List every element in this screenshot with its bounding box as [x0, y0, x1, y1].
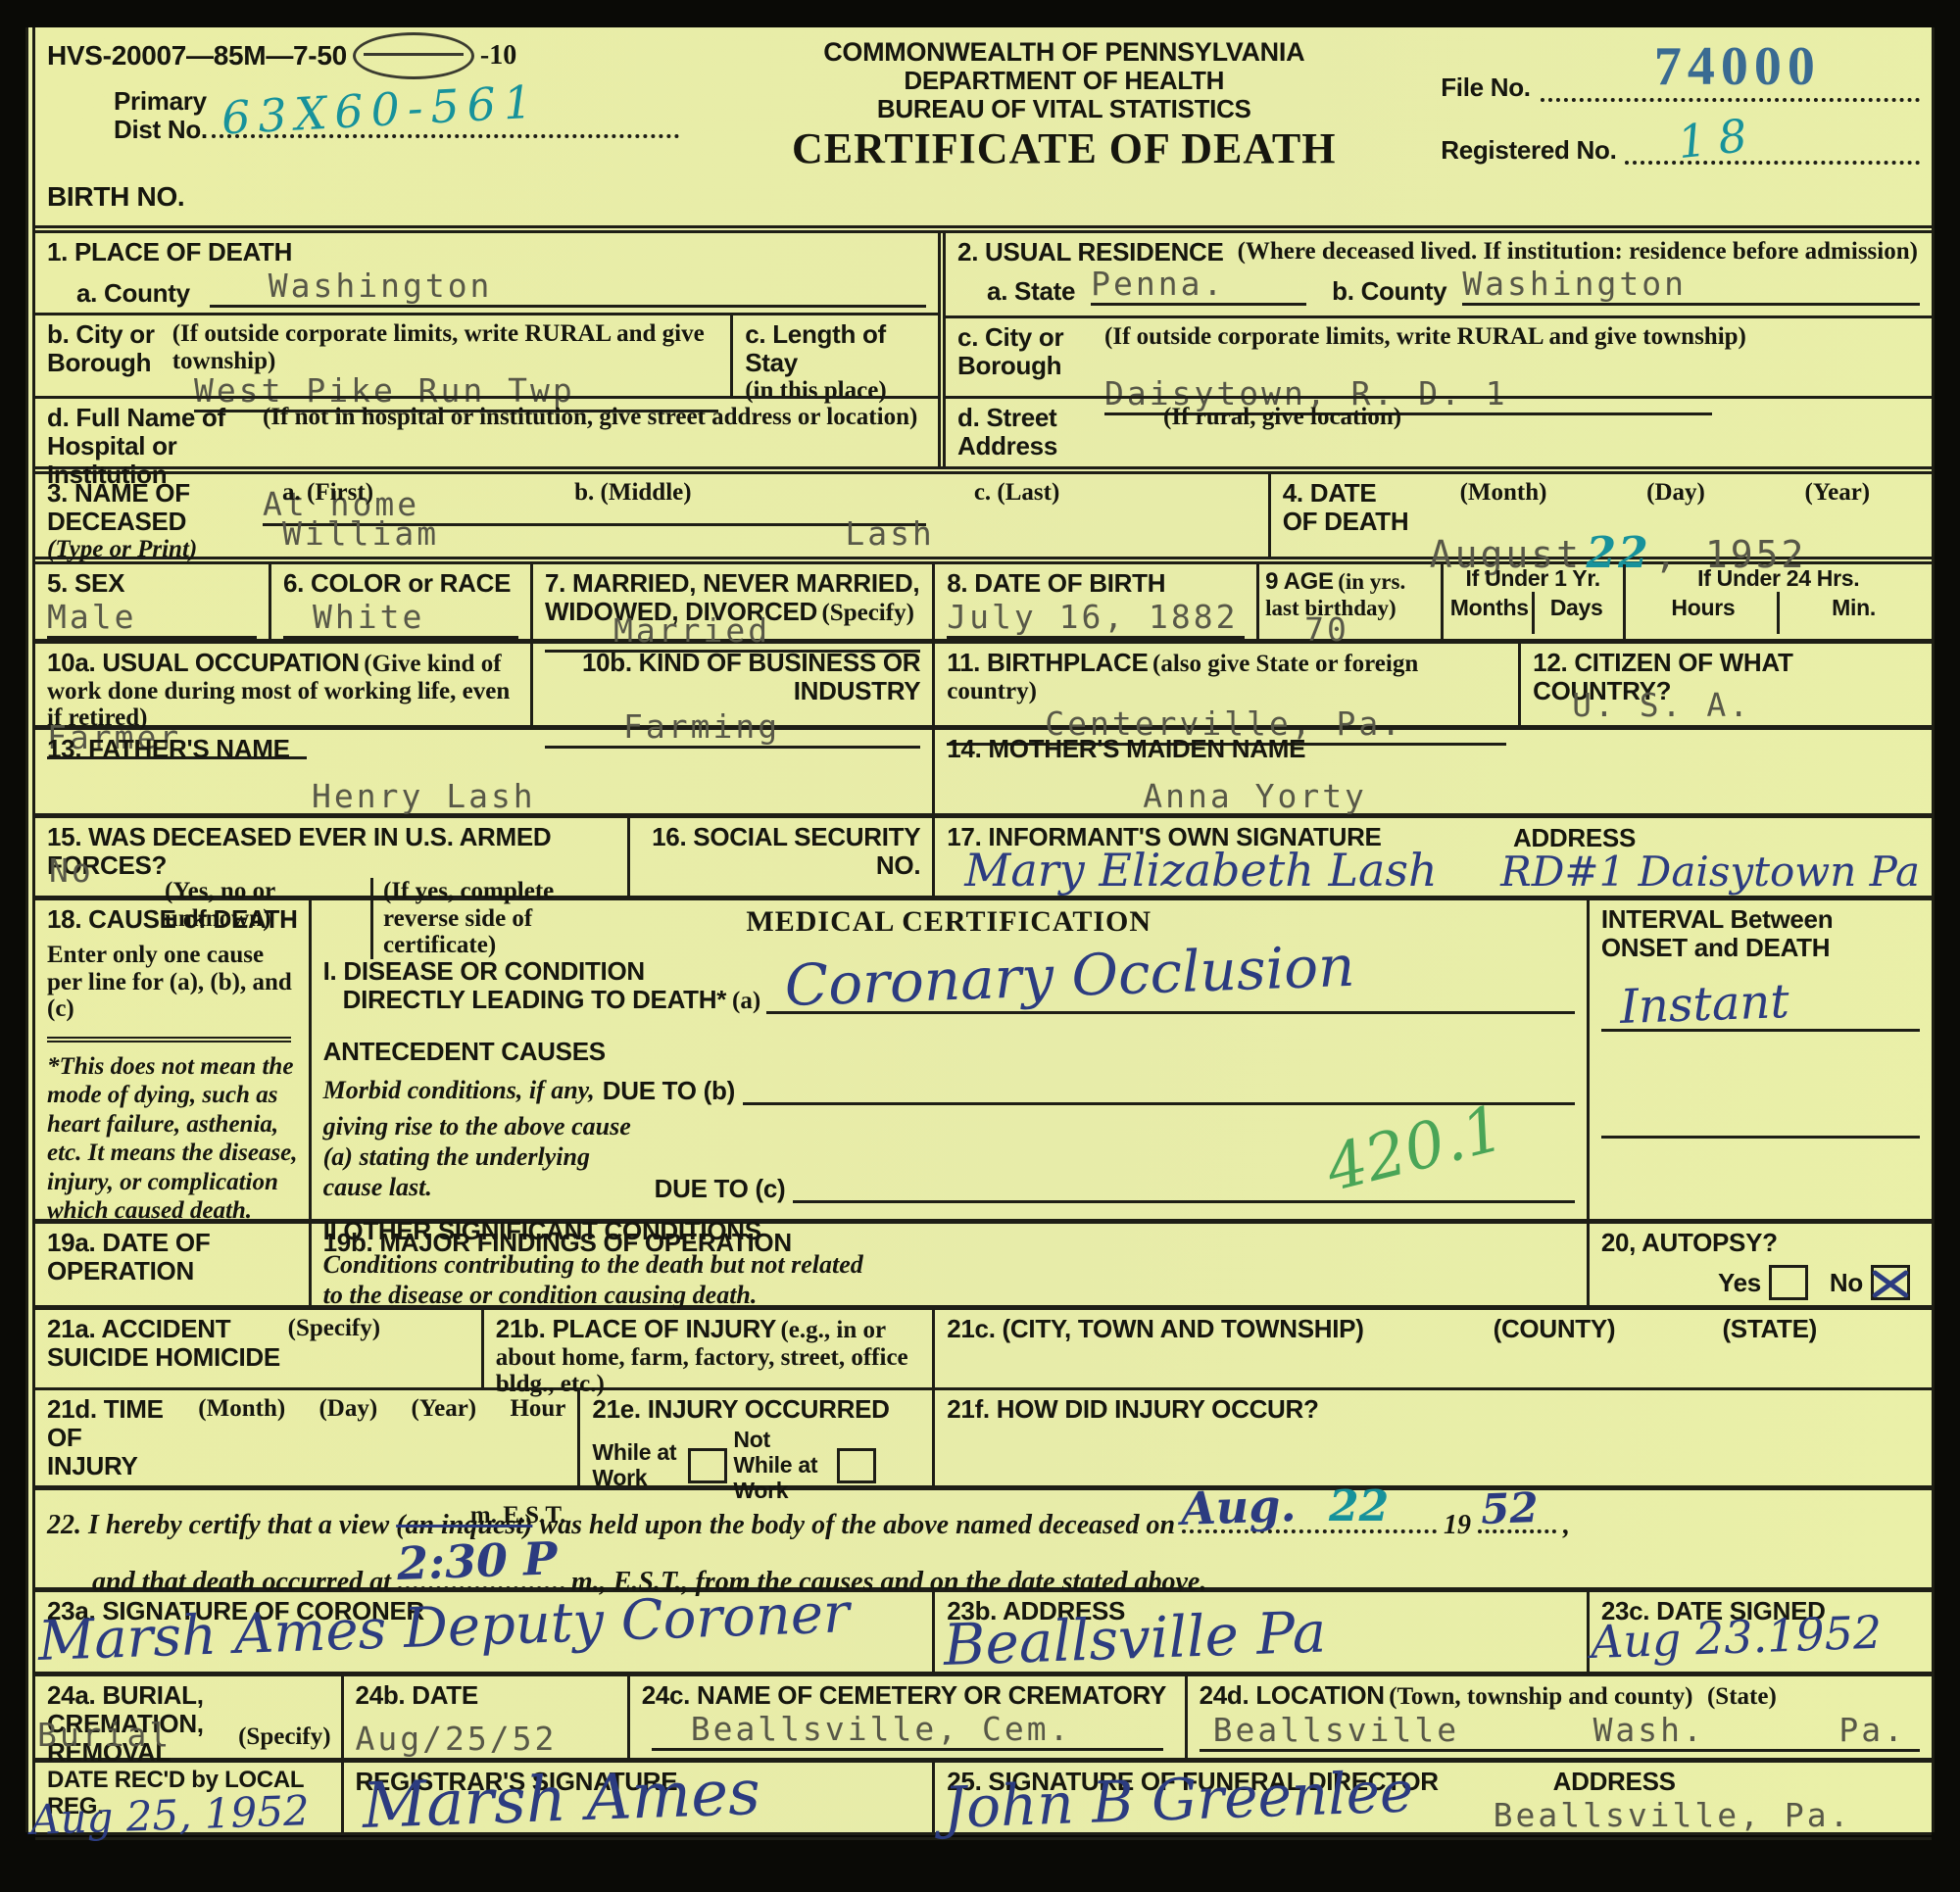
armed-forces-informant-row: 15. WAS DECEASED EVER IN U.S. ARMED FORC… [35, 813, 1932, 896]
s8-label: 8. DATE OF BIRTH [947, 569, 1245, 598]
s21d-year-label: (Year) [412, 1395, 477, 1480]
birth-no-row: BIRTH NO. [35, 176, 1932, 225]
s9-days-label: Days [1532, 592, 1619, 634]
s9-label: 9 AGE [1265, 568, 1334, 595]
med-cert-title: MEDICAL CERTIFICATION [323, 905, 1575, 939]
s2-street-note: (If rural, give location) [1104, 404, 1401, 461]
s2-county-value: Washington [1462, 265, 1687, 303]
section-25-funeral-director: 25. SIGNATURE OF FUNERAL DIRECTOR ADDRES… [932, 1763, 1932, 1832]
s15-label: 15. WAS DECEASED EVER IN U.S. ARMED FORC… [47, 822, 551, 880]
section-23b-coroner-address: 23b. ADDRESS Beallsville Pa [932, 1592, 1587, 1672]
certificate-title: CERTIFICATE OF DEATH [710, 123, 1417, 173]
dist-no-label: Dist No. [114, 116, 208, 144]
section-1-place-of-death: 1. PLACE OF DEATH a. County Washington b… [35, 233, 938, 466]
cause-of-death-handwritten: Coronary Occlusion [784, 933, 1356, 1019]
s21b-label: 21b. PLACE OF INJURY [496, 1314, 776, 1343]
s13-label: 13. FATHER'S NAME [47, 735, 920, 763]
s22-year-prefix: 19 [1444, 1510, 1471, 1540]
department-line: DEPARTMENT OF HEALTH [710, 67, 1417, 95]
s9-under24-label: If Under 24 Hrs. [1630, 566, 1928, 592]
s9-under-24hrs: If Under 24 Hrs. Hours Min. [1623, 564, 1932, 639]
section-21e-injury-occurred: 21e. INJURY OCCURRED While at Work Not W… [577, 1390, 932, 1485]
cause-code-green-handwritten: 420.1 [1319, 1092, 1511, 1206]
section-11-birthplace: 11. BIRTHPLACE (also give State or forei… [932, 644, 1518, 725]
s6-label: 6. COLOR or RACE [283, 569, 518, 598]
s18-interval-line1: INTERVAL Between [1601, 905, 1920, 934]
s2-street-label: d. Street Address [957, 404, 1104, 461]
interval-value-handwritten: Instant [1619, 974, 1789, 1035]
section-12-citizen: 12. CITIZEN OF WHAT COUNTRY? U. S. A. [1518, 644, 1932, 725]
header-center: COMMONWEALTH OF PENNSYLVANIA DEPARTMENT … [699, 27, 1429, 176]
s4-year-label: (Year) [1805, 479, 1871, 536]
s24d-town-value: Beallsville [1213, 1711, 1460, 1749]
s11-label: 11. BIRTHPLACE [947, 648, 1148, 677]
s4-title: 4. DATE OF DEATH [1283, 479, 1410, 536]
burial-row: 24a. BURIAL, CREMATION, REMOVAL (Specify… [35, 1672, 1932, 1758]
s8-value: July 16, 1882 [947, 598, 1238, 636]
section-21a-accident: 21a. ACCIDENT SUICIDE HOMICIDE (Specify) [35, 1310, 481, 1387]
s19b-label: 19b. MAJOR FINDINGS OF OPERATION [323, 1229, 1575, 1257]
s24d-label: 24d. LOCATION [1200, 1680, 1385, 1710]
s1-stay-label: c. Length of Stay [745, 319, 886, 377]
s18-rule1: Enter only one cause per line for (a), (… [47, 942, 301, 1023]
s7-note: (Specify) [821, 600, 913, 626]
s24a-value: Burial [37, 1716, 171, 1754]
s24c-value: Beallsville, Cem. [652, 1710, 1072, 1748]
birth-no-label: BIRTH NO. [47, 181, 184, 212]
s2-state-label: a. State [957, 277, 1075, 306]
interval-column: INTERVAL Between ONSET and DEATH Instant [1587, 900, 1932, 1219]
s9-under-1yr: If Under 1 Yr. Months Days [1441, 564, 1623, 639]
s15-value: No [49, 851, 94, 890]
primary-dist-number-handwritten: 63X60-561 [220, 75, 542, 145]
s9-min-label: Min. [1777, 592, 1928, 634]
s24b-label: 24b. DATE [356, 1681, 615, 1710]
s2-city-label: c. City or Borough [957, 323, 1104, 380]
coroner-row: 23a. SIGNATURE OF CORONER Marsh Ames Dep… [35, 1587, 1932, 1672]
section-4-date-of-death: 4. DATE OF DEATH (Month) (Day) (Year) Au… [1268, 474, 1932, 557]
section-15-armed-forces: 15. WAS DECEASED EVER IN U.S. ARMED FORC… [35, 818, 627, 896]
section-21c-city-county-state: 21c. (CITY, TOWN AND TOWNSHIP) (COUNTY) … [932, 1310, 1932, 1387]
s24d-note: (Town, township and county) [1389, 1683, 1692, 1710]
s20-label: 20, AUTOPSY? [1601, 1229, 1920, 1257]
s2-city-note: (If outside corporate limits, write RURA… [1104, 323, 1746, 380]
registrar-signature: Marsh Ames [361, 1757, 761, 1843]
section-21d-time-of-injury: 21d. TIME OF INJURY (Month) (Day) (Year)… [35, 1390, 577, 1485]
s1-county-label: a. County [47, 279, 190, 308]
s24d-state-note: (State) [1707, 1683, 1777, 1710]
s21c-state-label: (STATE) [1722, 1315, 1817, 1343]
registered-no-label: Registered No. [1441, 136, 1616, 165]
header-right: File No. 74000 Registered No. 18 [1429, 27, 1932, 176]
stamp-suffix: -10 [480, 41, 516, 72]
s22-time-handwritten: 2:30 P [396, 1531, 558, 1590]
s21e-label: 21e. INJURY OCCURRED [592, 1395, 920, 1424]
section-18-cause-sidebar: 18. CAUSE of DEATH Enter only one cause … [35, 900, 309, 1219]
operation-autopsy-row: 19a. DATE OF OPERATION 19b. MAJOR FINDIN… [35, 1219, 1932, 1305]
s2-state-county-cell: 2. USUAL RESIDENCE (Where deceased lived… [946, 233, 1932, 315]
s3-last-label: c. (Last) [935, 479, 1059, 506]
s2-state-value: Penna. [1091, 265, 1225, 303]
coroner-address-handwritten: Beallsville Pa [943, 1598, 1328, 1678]
injury-row-2: 21d. TIME OF INJURY (Month) (Day) (Year)… [35, 1387, 1932, 1485]
s24c-label: 24c. NAME OF CEMETERY OR CREMATORY [642, 1681, 1173, 1710]
s21f-label: 21f. HOW DID INJURY OCCUR? [947, 1395, 1920, 1424]
s18-antecedent-label: ANTECEDENT CAUSES [323, 1038, 1575, 1066]
occupation-birthplace-row: 10a. USUAL OCCUPATION (Give kind of work… [35, 639, 1932, 725]
s1-stay-cell: c. Length of Stay (in this place) [730, 315, 938, 396]
funeral-director-address: Beallsville, Pa. [1494, 1796, 1852, 1834]
s18-disease-line2: DIRECTLY LEADING TO DEATH* [323, 986, 726, 1014]
s10a-label: 10a. USUAL OCCUPATION [47, 648, 360, 677]
informant-signature: Mary Elizabeth Lash [964, 844, 1437, 897]
sex-race-age-row: 5. SEX Male 6. COLOR or RACE White 7. MA… [35, 557, 1932, 639]
file-number-stamp: 74000 [1654, 35, 1821, 98]
s5-value: Male [47, 598, 136, 636]
form-number: HVS-20007—85M—7-50 [47, 40, 347, 71]
s3-subtitle: (Type or Print) [47, 536, 282, 563]
s21d-label: 21d. TIME OF INJURY [47, 1395, 165, 1480]
registrar-row: DATE REC'D by LOCAL REG. Aug 25, 1952 RE… [35, 1758, 1932, 1840]
s21e-while-label: While at Work [592, 1440, 682, 1491]
s19a-label: 19a. DATE OF OPERATION [47, 1229, 297, 1286]
s22-text1: 22. I hereby certify that a view [47, 1510, 389, 1540]
s18-due-b-label: DUE TO (b) [603, 1077, 735, 1105]
autopsy-yes-checkbox [1769, 1265, 1808, 1300]
s21a-note: (Specify) [288, 1315, 380, 1341]
s18-rule2: *This does not mean the mode of dying, s… [47, 1052, 301, 1226]
injury-while-at-work-checkbox [688, 1448, 727, 1483]
section-8-date-of-birth: 8. DATE OF BIRTH July 16, 1882 [932, 564, 1256, 639]
s25-address-label: ADDRESS [1553, 1768, 1676, 1796]
s21d-hour-label: Hour [510, 1395, 565, 1480]
s3-first-label: a. (First) [282, 479, 373, 506]
section-7-marital: 7. MARRIED, NEVER MARRIED, WIDOWED, DIVO… [530, 564, 932, 639]
s5-label: 5. SEX [47, 569, 257, 598]
s18-morbid2: giving rise to the above cause (a) stati… [323, 1111, 647, 1203]
parents-row: 13. FATHER'S NAME Henry Lash 14. MOTHER'… [35, 725, 1932, 813]
s22-view-date-year-handwritten: 52 [1480, 1483, 1539, 1533]
s3-middle-label: b. (Middle) [574, 479, 691, 506]
section-19a-date-of-operation: 19a. DATE OF OPERATION [35, 1224, 309, 1305]
s24b-value: Aug/25/52 [356, 1720, 615, 1758]
s1-city-label: b. City or Borough [47, 320, 172, 377]
injury-not-while-at-work-checkbox [837, 1448, 876, 1483]
s1-title: 1. PLACE OF DEATH [47, 237, 292, 267]
s20-yes-label: Yes [1718, 1269, 1761, 1297]
commonwealth-line: COMMONWEALTH OF PENNSYLVANIA [710, 37, 1417, 67]
file-no-label: File No. [1441, 73, 1531, 102]
s18-due-c-label: DUE TO (c) [655, 1175, 786, 1203]
section-2-usual-residence: 2. USUAL RESIDENCE (Where deceased lived… [938, 233, 1932, 466]
section-24a-burial: 24a. BURIAL, CREMATION, REMOVAL (Specify… [35, 1676, 341, 1758]
primary-label: Primary [114, 87, 208, 116]
s9-months-label: Months [1447, 592, 1532, 634]
section-23a-coroner-signature: 23a. SIGNATURE OF CORONER Marsh Ames Dep… [35, 1592, 932, 1672]
scanned-death-certificate: HVS-20007—85M—7-50 -10 Primary Dist No. … [0, 0, 1960, 1892]
date-received-cell: DATE REC'D by LOCAL REG. Aug 25, 1952 [35, 1763, 341, 1832]
section-6-color-race: 6. COLOR or RACE White [269, 564, 530, 639]
section-24b-date: 24b. DATE Aug/25/52 [341, 1676, 627, 1758]
s21c-county-label: (COUNTY) [1494, 1315, 1616, 1343]
s13-value: Henry Lash [86, 777, 536, 815]
s21a-label: 21a. ACCIDENT SUICIDE HOMICIDE [47, 1315, 283, 1372]
s3-last-value: Lash [574, 514, 935, 553]
s18-morbid1: Morbid conditions, if any, [323, 1076, 595, 1105]
s2-city-cell: c. City or Borough (If outside corporate… [946, 315, 1932, 396]
s2-title: 2. USUAL RESIDENCE [957, 238, 1224, 267]
section-24c-cemetery: 24c. NAME OF CEMETERY OR CREMATORY Beall… [627, 1676, 1185, 1758]
s18-a-tag: (a) [732, 988, 760, 1015]
section-17-informant: 17. INFORMANT'S OWN SIGNATURE ADDRESS Ma… [932, 818, 1932, 896]
section-24d-location: 24d. LOCATION (Town, township and county… [1185, 1676, 1932, 1758]
s6-value: White [283, 598, 424, 636]
bureau-line: BUREAU OF VITAL STATISTICS [710, 95, 1417, 123]
s9-hours-label: Hours [1630, 592, 1778, 634]
section-19b-findings: 19b. MAJOR FINDINGS OF OPERATION [309, 1224, 1587, 1305]
s3-title: 3. NAME OF DECEASED [47, 479, 282, 536]
s18-interval-line2: ONSET and DEATH [1601, 934, 1920, 962]
place-residence-row: 1. PLACE OF DEATH a. County Washington b… [35, 225, 1932, 466]
certificate-paper: HVS-20007—85M—7-50 -10 Primary Dist No. … [25, 27, 1935, 1832]
s21c-label: 21c. (CITY, TOWN AND TOWNSHIP) [947, 1314, 1363, 1343]
s2-note: (Where deceased lived. If institution: r… [1238, 238, 1920, 267]
header-row: HVS-20007—85M—7-50 -10 Primary Dist No. … [35, 27, 1932, 176]
s24a-note: (Specify) [238, 1723, 330, 1751]
s1-city-stay-cells: b. City or Borough (If outside corporate… [35, 313, 938, 396]
section-5-sex: 5. SEX Male [35, 564, 269, 639]
section-23c-date-signed: 23c. DATE SIGNED Aug 23.1952 [1587, 1592, 1932, 1672]
s22-view-date-month-handwritten: Aug. [1180, 1479, 1297, 1535]
s9-under1-label: If Under 1 Yr. [1447, 566, 1619, 592]
informant-address-handwritten: RD#1 Daisytown Pa [1500, 848, 1920, 896]
section-9-age: 9 AGE (in yrs. last birthday) 70 [1256, 564, 1441, 639]
injury-row-1: 21a. ACCIDENT SUICIDE HOMICIDE (Specify)… [35, 1305, 1932, 1387]
s16-label: 16. SOCIAL SECURITY NO. [642, 823, 921, 880]
section-10a-occupation: 10a. USUAL OCCUPATION (Give kind of work… [35, 644, 530, 725]
s12-value: U. S. A. [1533, 686, 1920, 724]
s18-label: 18. CAUSE of DEATH [47, 905, 301, 934]
s10b-label: 10b. KIND OF BUSINESS OR INDUSTRY [545, 649, 920, 705]
section-21f-how-injury: 21f. HOW DID INJURY OCCUR? [932, 1390, 1932, 1485]
s22-text2: was held upon the body of the above name… [539, 1510, 1175, 1540]
section-16-ssn: 16. SOCIAL SECURITY NO. [627, 818, 933, 896]
medical-certification-main: MEDICAL CERTIFICATION I. DISEASE OR COND… [309, 900, 1587, 1219]
registered-number-handwritten: 18 [1675, 108, 1761, 169]
section-22-certification: 22. I hereby certify that a view (an inq… [35, 1485, 1932, 1587]
s18-disease-line1: I. DISEASE OR CONDITION [323, 957, 726, 986]
union-stamp-icon [353, 32, 474, 79]
section-21b-place-of-injury: 21b. PLACE OF INJURY (e.g., in or about … [481, 1310, 933, 1387]
s2-county-label: b. County [1306, 277, 1446, 306]
date-signed-handwritten: Aug 23.1952 [1590, 1606, 1883, 1669]
s14-label: 14. MOTHER'S MAIDEN NAME [947, 735, 1920, 763]
s1-city-note: (If outside corporate limits, write RURA… [172, 320, 719, 377]
section-20-autopsy: 20, AUTOPSY? Yes No [1587, 1224, 1932, 1305]
s22-view-date-day-handwritten: 22 [1329, 1481, 1389, 1531]
name-date-row: 3. NAME OF DECEASED (Type or Print) a. (… [35, 466, 1932, 557]
section-10b-industry: 10b. KIND OF BUSINESS OR INDUSTRY Farmin… [530, 644, 932, 725]
section-13-father: 13. FATHER'S NAME Henry Lash [35, 730, 932, 813]
s21d-day-label: (Day) [318, 1395, 377, 1480]
s20-no-label: No [1830, 1269, 1863, 1297]
s1-county-cell: 1. PLACE OF DEATH a. County Washington [35, 233, 938, 313]
s14-value: Anna Yorty [966, 777, 1367, 815]
s24d-state-value: Pa. [1838, 1711, 1906, 1749]
section-14-mother: 14. MOTHER'S MAIDEN NAME Anna Yorty [932, 730, 1932, 813]
s24d-county-value: Wash. [1593, 1711, 1705, 1749]
s1-county-value: Washington [210, 267, 493, 305]
autopsy-no-checkbox [1871, 1265, 1910, 1300]
s3-first-value: William [282, 514, 574, 553]
registrar-signature-cell: REGISTRAR'S SIGNATURE Marsh Ames [341, 1763, 933, 1832]
s1-city-cell: b. City or Borough (If outside corporate… [35, 315, 730, 396]
header-left: HVS-20007—85M—7-50 -10 Primary Dist No. … [35, 27, 699, 176]
s2-street-cell: d. Street Address (If rural, give locati… [946, 396, 1932, 466]
section-3-name: 3. NAME OF DECEASED (Type or Print) a. (… [35, 474, 1268, 557]
date-received-handwritten: Aug 25, 1952 [29, 1786, 310, 1844]
s22-comma: , [1563, 1510, 1570, 1540]
s21d-month-label: (Month) [198, 1395, 285, 1480]
medical-certification-row: 18. CAUSE of DEATH Enter only one cause … [35, 896, 1932, 1219]
